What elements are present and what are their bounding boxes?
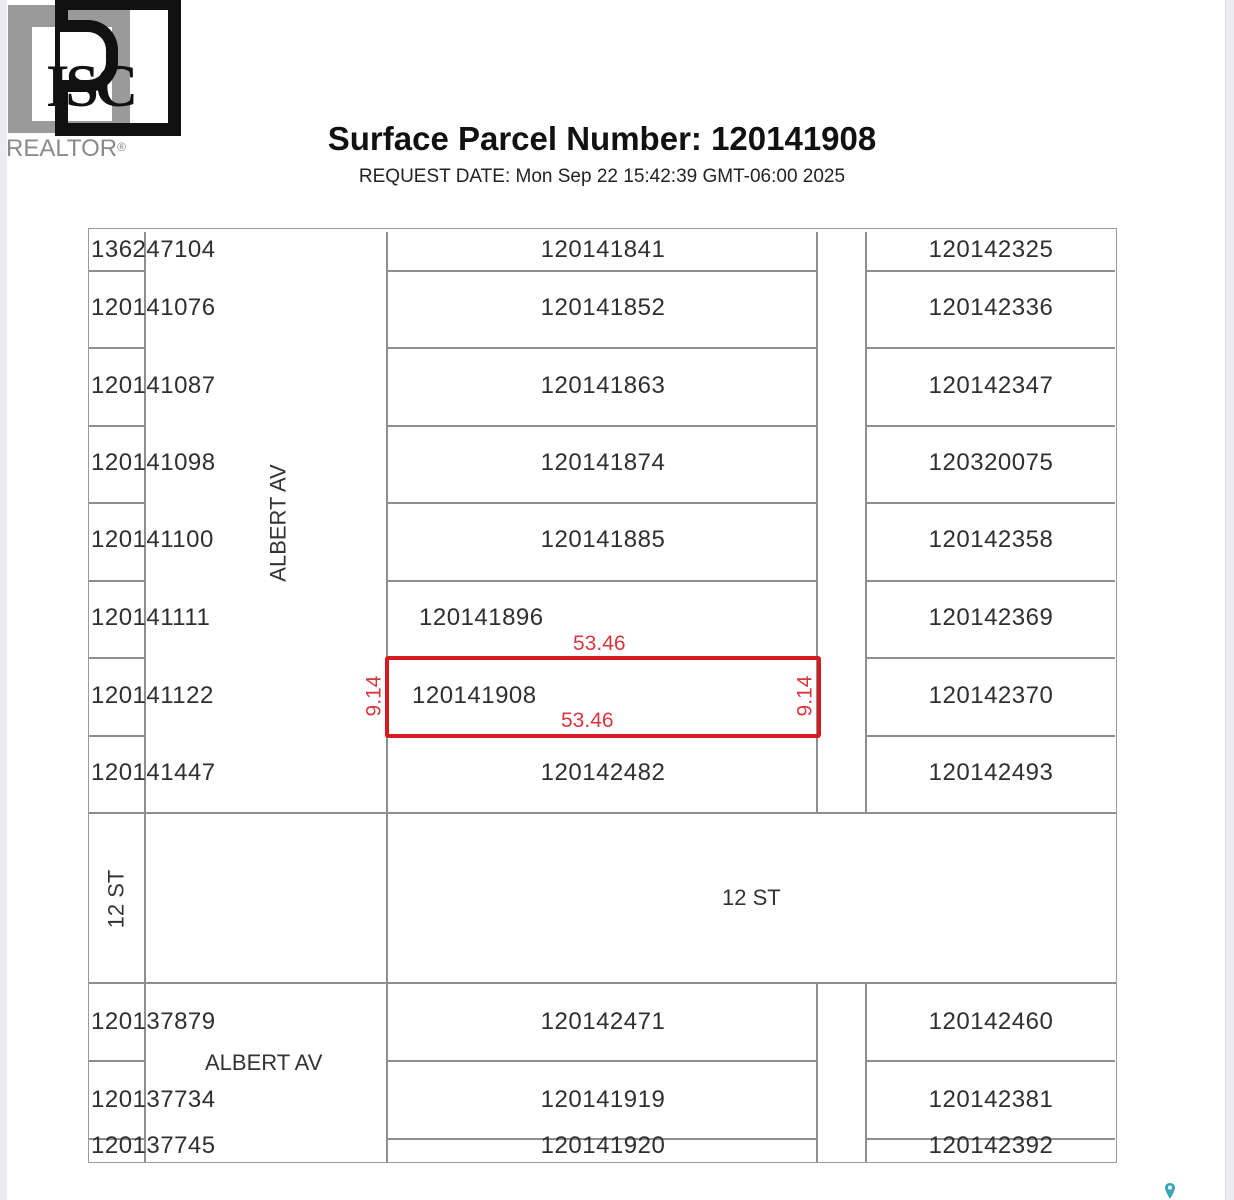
left-lot-divider (89, 270, 145, 272)
parcel-map: 1362471041201410761201410871201410981201… (0, 0, 1234, 1200)
parcel-label[interactable]: 120142358 (929, 526, 1054, 554)
dimension-left: 9.14 (362, 676, 386, 717)
street-label-12-st-vertical: 12 ST (103, 870, 129, 929)
middle-lot-divider (387, 502, 817, 504)
right-lot-divider (866, 580, 1115, 582)
parcel-label[interactable]: 120141076 (91, 294, 216, 322)
middle-lot-divider (387, 425, 817, 427)
parcel-label[interactable]: 120141874 (541, 449, 666, 477)
parcel-label[interactable]: 120142325 (929, 236, 1054, 264)
parcel-label[interactable]: 120137879 (91, 1008, 216, 1036)
parcel-label[interactable]: 120142460 (929, 1008, 1054, 1036)
parcel-label[interactable]: 120137745 (91, 1132, 216, 1160)
right-lot-divider (866, 735, 1115, 737)
parcel-label[interactable]: 120141111 (91, 604, 210, 632)
parcel-label[interactable]: 120141885 (541, 526, 666, 554)
parcel-label[interactable]: 120142493 (929, 759, 1054, 787)
parcel-label[interactable]: 136247104 (91, 236, 216, 264)
lane-east-edge-lower (865, 984, 867, 1162)
dimension-top: 53.46 (573, 632, 626, 656)
parcel-label[interactable]: 120142369 (929, 604, 1054, 632)
left-lot-divider (89, 657, 145, 659)
left-lot-divider (89, 1060, 145, 1062)
parcel-label[interactable]: 120142392 (929, 1132, 1054, 1160)
street-label-albert-av: ALBERT AV (205, 1050, 322, 1076)
parcel-label[interactable]: 120141896 (419, 604, 544, 632)
dimension-right: 9.14 (793, 676, 817, 717)
parcel-label[interactable]: 120142381 (929, 1086, 1054, 1114)
parcel-label[interactable]: 120141863 (541, 372, 666, 400)
twelve-st-north-edge (89, 812, 1116, 814)
right-lot-divider (866, 425, 1115, 427)
middle-lot-divider (387, 347, 817, 349)
left-lot-divider (89, 425, 145, 427)
twelve-st-south-edge (89, 982, 1116, 984)
parcel-label[interactable]: 120141447 (91, 759, 216, 787)
left-lot-divider (89, 347, 145, 349)
lane-east-edge-upper (865, 232, 867, 812)
left-lot-divider (89, 502, 145, 504)
middle-lot-divider (387, 580, 817, 582)
parcel-label[interactable]: 120142370 (929, 682, 1054, 710)
parcel-label[interactable]: 120141919 (541, 1086, 666, 1114)
parcel-label[interactable]: 120142347 (929, 372, 1054, 400)
parcel-label[interactable]: 120142482 (541, 759, 666, 787)
middle-lot-divider (387, 270, 817, 272)
parcel-label[interactable]: 120141852 (541, 294, 666, 322)
street-label-12-st: 12 ST (722, 885, 781, 911)
parcel-label[interactable]: 120142336 (929, 294, 1054, 322)
parcel-label[interactable]: 120141122 (91, 682, 214, 710)
right-lot-divider (866, 347, 1115, 349)
left-lot-divider (89, 580, 145, 582)
parcel-label[interactable]: 120142471 (541, 1008, 666, 1036)
right-lot-divider (866, 270, 1115, 272)
middle-lot-divider (387, 1060, 817, 1062)
dimension-bottom: 53.46 (561, 709, 614, 733)
parcel-label[interactable]: 120320075 (929, 449, 1054, 477)
parcel-label[interactable]: 120141087 (91, 372, 216, 400)
left-lot-divider (89, 735, 145, 737)
parcel-label[interactable]: 120141098 (91, 449, 216, 477)
right-lot-divider (866, 1060, 1115, 1062)
right-lot-divider (866, 657, 1115, 659)
parcel-label[interactable]: 120141920 (541, 1132, 666, 1160)
parcel-label[interactable]: 120137734 (91, 1086, 216, 1114)
parcel-label[interactable]: 120141841 (541, 236, 666, 264)
right-lot-divider (866, 502, 1115, 504)
map-pin-icon[interactable] (1164, 1182, 1176, 1200)
lane-west-edge-lower (816, 984, 818, 1162)
parcel-label[interactable]: 120141100 (91, 526, 214, 554)
street-label-albert-av-vertical: ALBERT AV (266, 464, 292, 581)
